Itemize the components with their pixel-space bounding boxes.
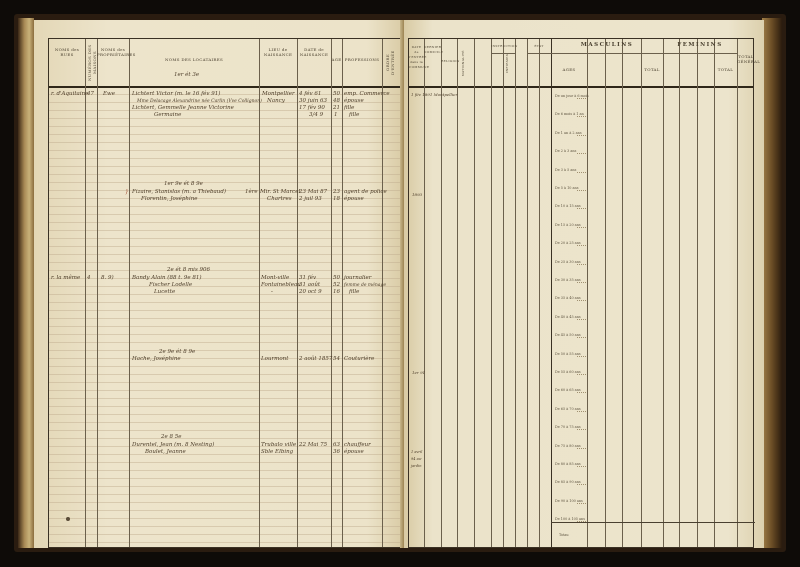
header-date-entree: DATE de l'ENTRÉE dans la COMMUNE: [409, 45, 424, 70]
age: 48: [333, 98, 340, 105]
age: 36: [333, 449, 340, 456]
tenant-name: Fizaire, Stanislas (m. a Thiebaud): [132, 189, 226, 196]
floor-note: 2e 9e ét 8 9e: [159, 349, 195, 356]
tenant-name: Lucette: [154, 289, 175, 296]
age: 54: [333, 356, 340, 363]
age-range-dotted-line: [577, 245, 586, 246]
header-noms-rues: NOMS des RUES: [49, 47, 85, 57]
header-nationalite: NATIONALITÉ: [461, 43, 469, 83]
header-total-feminins: TOTAL: [714, 67, 737, 72]
birthplace: Mir. St Marcel: [260, 189, 300, 196]
age-range-label: De 5 à 10 ans: [555, 186, 578, 190]
header-total-general: TOTAL GÉNÉRAL: [737, 54, 755, 64]
header-date: DATE de NAISSANCE: [297, 47, 331, 57]
age-range-dotted-line: [577, 98, 586, 99]
profession: fille: [344, 105, 354, 112]
birthdate: 30 juin 63: [299, 98, 327, 105]
profession: emp. Commerce: [344, 91, 390, 98]
age-range-dotted-line: [577, 116, 586, 117]
tenant-name: Mme Delacage Alexandrine née Carlin (Vve…: [137, 98, 262, 105]
tenant-name: Hache, Joséphine: [132, 356, 181, 363]
birthdate: 2 août 1857: [299, 356, 332, 363]
header-numeros: NUMÉROS DES MAISONS: [87, 43, 96, 83]
age-range-dotted-line: [577, 392, 586, 393]
header-age: AGE: [331, 57, 342, 62]
entry-owner: 8. 9): [101, 275, 114, 282]
birthplace: Chartres: [267, 196, 292, 203]
birthplace: Sble Elbing: [261, 449, 293, 456]
header-ages: AGES: [551, 67, 587, 72]
header-divider: [409, 86, 753, 88]
birthplace: Montpellier: [262, 91, 295, 98]
profession: journalier: [344, 275, 371, 282]
tenant-name: Florentin, Joséphine: [141, 196, 198, 203]
age-range-dotted-line: [577, 208, 586, 209]
birthdate: 23 Mai 87: [299, 189, 327, 196]
header-lieu: LIEU de NAISSANCE: [259, 47, 297, 57]
birthdate: 4 fév 61: [299, 91, 321, 98]
entry-date-note: 1893: [412, 191, 422, 198]
profession: épouse: [344, 196, 364, 203]
profession: fille: [349, 289, 359, 296]
age-range-dotted-line: [577, 227, 586, 228]
age-range-dotted-line: [577, 319, 586, 320]
profession: épouse: [344, 98, 364, 105]
birthdate: 31 août: [299, 282, 320, 289]
entry-date-note: 1 fév 1891 Montpellier: [411, 91, 457, 98]
header-masculins: MASCULINS: [551, 43, 663, 48]
ink-spot: [66, 517, 70, 521]
birthdate: 17 fév 90: [299, 105, 325, 112]
right-table: DATE de l'ENTRÉE dans la COMMUNE DERNIER…: [408, 38, 754, 548]
age-range-dotted-line: [577, 172, 586, 173]
age-range-dotted-line: [577, 153, 586, 154]
entry-number: 47: [87, 91, 94, 98]
header-noms-proprietaires: NOMS des PROPRIÉTAIRES: [97, 47, 129, 57]
tenant-name: Germaine: [154, 112, 181, 119]
right-page: DATE de l'ENTRÉE dans la COMMUNE DERNIER…: [404, 20, 764, 548]
profession: épouse: [344, 449, 364, 456]
birthdate: 22 Mai 75: [299, 442, 327, 449]
age-range-dotted-line: [577, 503, 586, 504]
tenant-name: Lichtert Victor (m. le 16 fév 91): [132, 91, 220, 98]
header-feminins: FEMININS: [663, 43, 737, 48]
header-total-masculins: TOTAL: [641, 67, 663, 72]
birthplace: Trubalo ville: [261, 442, 296, 449]
header-religion: RELIGION: [441, 59, 457, 64]
entry-number: 4: [87, 275, 91, 282]
age-range-dotted-line: [577, 356, 586, 357]
header-professions: PROFESSIONS: [342, 57, 382, 62]
entry-owner: Ewe: [103, 91, 115, 98]
header-noms-locataires: NOMS DES LOCATAIRES: [129, 57, 259, 62]
profession: agent de police: [344, 189, 387, 196]
tenant-name: Lichtert, Gemmelle Jeanne Victorine: [132, 105, 234, 112]
birthdate: 20 oct 9: [299, 289, 322, 296]
profession: chauffeur: [344, 442, 371, 449]
profession: fille: [349, 112, 359, 119]
age: 16: [333, 289, 340, 296]
floor-mark: 1ère: [245, 189, 258, 196]
header-dernier-domicile: DERNIER DOMICILE: [424, 45, 441, 55]
header-ordre: ORDRE D'ENTRÉE: [385, 43, 395, 83]
age-range-label: De 2 à 3 ans: [555, 149, 576, 153]
age: 50: [333, 275, 340, 282]
tenant-name: Fischer Lodelle: [149, 282, 192, 289]
age-range-dotted-line: [577, 135, 586, 136]
left-page: NOMS des RUES NUMÉROS DES MAISONS NOMS d…: [34, 20, 404, 548]
age-range-dotted-line: [577, 337, 586, 338]
floor-note: 1er 9e ét 8 9e: [164, 181, 203, 188]
birthdate: 2 juil 93: [299, 196, 322, 203]
age-range-dotted-line: [577, 190, 586, 191]
header-infirmes: INFIRMES: [505, 43, 513, 83]
tenant-name: Durentel, Jean (m. 8 Nesting): [132, 442, 214, 449]
age-range-dotted-line: [577, 411, 586, 412]
profession: Couturière: [344, 356, 374, 363]
entry-date-note: 1er 91: [412, 369, 425, 376]
age-range-dotted-line: [577, 448, 586, 449]
birthplace: Mont-ville: [261, 275, 289, 282]
profession: femme de ménage: [344, 282, 386, 289]
header-floor-note: 1er ét 3e: [174, 72, 199, 79]
header-etat: ÉTAT: [527, 44, 551, 49]
book-edge-left: [18, 18, 34, 548]
age-range-dotted-line: [577, 484, 586, 485]
birthdate: 3/4 9: [309, 112, 323, 119]
age-range-dotted-line: [577, 264, 586, 265]
tenant-name: Boulet, Jeanne: [145, 449, 186, 456]
age: 23: [333, 189, 340, 196]
entry-street: r. la même: [51, 275, 80, 282]
age: 21: [333, 105, 340, 112]
age-range-dotted-line: [577, 374, 586, 375]
ruled-lines: [49, 87, 401, 547]
age: 63: [333, 442, 340, 449]
age: 1: [334, 112, 338, 119]
birthplace: -: [271, 289, 273, 296]
birthplace: Nancy: [267, 98, 285, 105]
left-table: NOMS des RUES NUMÉROS DES MAISONS NOMS d…: [48, 38, 402, 548]
birthdate: 31 fév: [299, 275, 316, 282]
age-range-dotted-line: [577, 300, 586, 301]
total-label: Totau: [559, 533, 569, 537]
age: 50: [333, 91, 340, 98]
age: 52: [333, 282, 340, 289]
age-range-dotted-line: [577, 466, 586, 467]
entry-street: r. d'Aquitaine: [51, 91, 88, 98]
floor-note: 2e ét 8 mis 906: [167, 267, 210, 274]
floor-note: 2e 8 5e: [161, 434, 182, 441]
birthplace: Fontainebleau: [261, 282, 301, 289]
birthplace: Lourmont: [261, 356, 288, 363]
age-range-dotted-line: [577, 429, 586, 430]
age-range-label: De 3 à 5 ans: [555, 168, 576, 172]
age-range-dotted-line: [577, 282, 586, 283]
entry-date-note: 1 avril 94 au-jardin: [411, 449, 425, 470]
tenant-name: Bandy Alain (88 t. 9e 81): [132, 275, 202, 282]
book-edge-right: [762, 18, 782, 548]
header-divider: [49, 86, 401, 88]
age: 18: [333, 196, 340, 203]
